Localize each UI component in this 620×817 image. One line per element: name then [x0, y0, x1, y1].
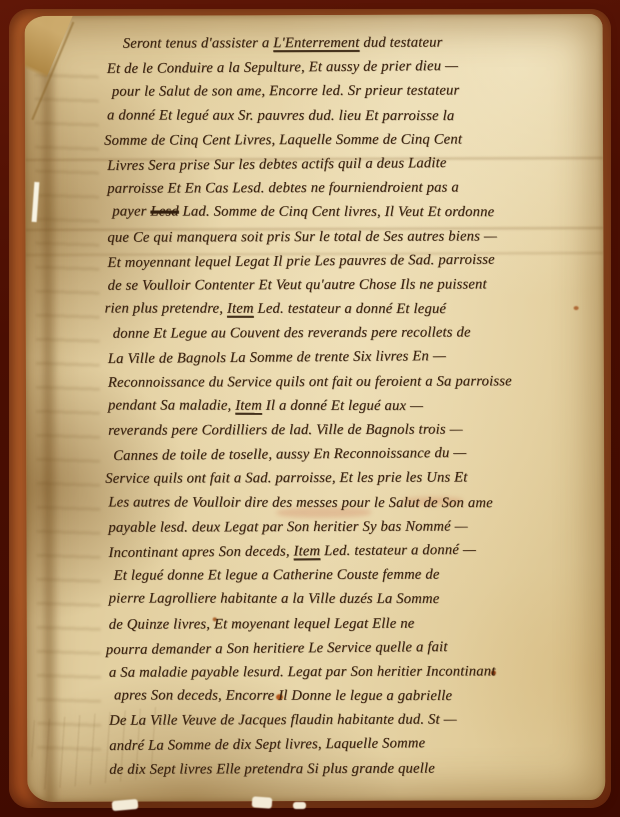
manuscript-line: de dix Sept livres Elle pretendra Si plu…: [109, 756, 601, 782]
manuscript-line: reverands pere Cordilliers de lad. Ville…: [108, 417, 600, 443]
manuscript-line: Et legué donne Et legue a Catherine Cous…: [114, 562, 601, 588]
manuscript-line: donne Et Legue au Couvent des reverands …: [113, 320, 600, 346]
manuscript-line: Service quils ont fait a Sad. parroisse,…: [105, 465, 600, 491]
manuscript-line: La Ville de Bagnols La Somme de trente S…: [108, 343, 600, 371]
manuscript-line: rien plus pretendre, Item Led. testateur…: [105, 297, 600, 322]
manuscript-line: pierre Lagrolliere habitante a la Ville …: [109, 587, 601, 612]
manuscript-line: Reconnoissance du Service quils ont fait…: [108, 369, 600, 395]
manuscript-line: andré La Somme de dix Sept livres, Laque…: [109, 730, 601, 758]
manuscript-line: Et de le Conduire a la Sepulture, Et aus…: [107, 53, 599, 81]
manuscript-line: Livres Sera prise Sur les debtes actifs …: [107, 150, 599, 178]
manuscript-line: pendant Sa maladie, Item Il a donné Et l…: [108, 393, 600, 418]
manuscript-line: Les autres de Voulloir dire des messes p…: [108, 490, 600, 515]
manuscript-line: Incontinant apres Son deceds, Item Led. …: [108, 537, 600, 565]
manuscript-line: apres Son deceds, Encorre Il Donne le le…: [114, 683, 601, 708]
manuscript-line: que Ce qui manquera soit pris Sur le tot…: [107, 224, 599, 250]
manuscript-line: pour le Salut de son ame, Encorre led. S…: [112, 78, 599, 104]
paper-sheet: Seront tenus d'assister a L'Enterrement …: [25, 14, 606, 802]
torn-chip: [293, 802, 306, 809]
torn-chip: [252, 796, 273, 808]
manuscript-line: a Sa maladie payable lesurd. Legat par S…: [109, 659, 601, 685]
manuscript-line: Cannes de toile de toselle, aussy En Rec…: [113, 440, 600, 468]
manuscript-line: pourra demander a Son heritiere Le Servi…: [106, 633, 601, 662]
manuscript-line: payable lesd. deux Legat par Son heritie…: [108, 514, 600, 540]
manuscript-line: De La Ville Veuve de Jacques flaudin hab…: [109, 707, 601, 733]
manuscript-line: Somme de Cinq Cent Livres, Laquelle Somm…: [104, 127, 599, 153]
manuscript-line: de Quinze livres, Et moyenant lequel Leg…: [109, 611, 601, 637]
paper-crease-vertical: [38, 16, 61, 802]
manuscript-line: payer Lesd Lad. Somme de Cinq Cent livre…: [112, 200, 599, 225]
manuscript-line: Seront tenus d'assister a L'Enterrement …: [107, 30, 599, 56]
manuscript-line: de se Voulloir Contenter Et Veut qu'autr…: [108, 272, 600, 298]
scanned-manuscript-page: Seront tenus d'assister a L'Enterrement …: [0, 0, 620, 817]
manuscript-text: Seront tenus d'assister a L'Enterrement …: [107, 30, 602, 782]
manuscript-line: a donné Et legué aux Sr. pauvres dud. li…: [107, 103, 599, 128]
manuscript-line: parroisse Et En Cas Lesd. debtes ne four…: [107, 175, 599, 201]
manuscript-line: Et moyennant lequel Legat Il prie Les pa…: [107, 246, 599, 274]
